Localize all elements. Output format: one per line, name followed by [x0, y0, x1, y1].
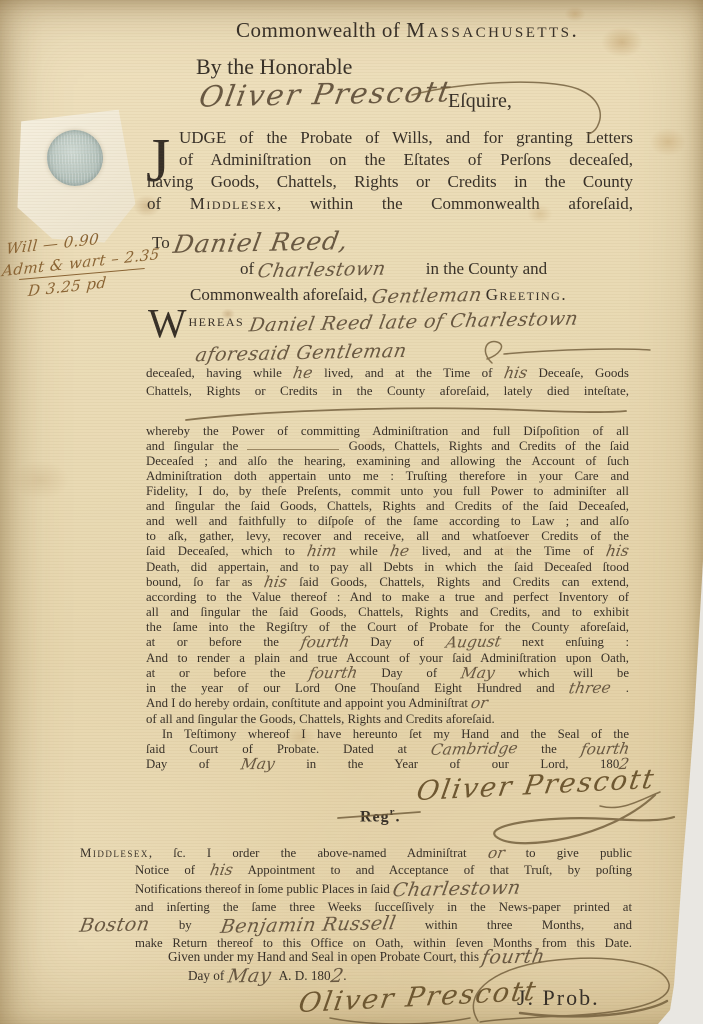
text-line: having Goods, Chattels, Rights or Credit…: [147, 171, 633, 193]
printed-text: of: [240, 259, 258, 278]
handwritten-text: he: [389, 544, 411, 560]
printed-text: all and ſingular the ſaid Goods, Chattel…: [146, 605, 629, 619]
printed-text: bound, ſo far as: [146, 575, 264, 589]
text-line: of Charlestownin the County and: [148, 256, 632, 282]
printed-text: ſaid Goods, Chattels, Rights and Credits…: [287, 575, 629, 589]
printed-text: whereby the Power of committing Adminiſt…: [146, 424, 629, 438]
printed-text: Death, did appertain, and to pay all Deb…: [146, 560, 629, 574]
handwritten-text: Benjamin Russell: [219, 914, 397, 937]
middlesex-order-paragraph: Middlesex, ſc. I order the above-named A…: [80, 845, 632, 952]
intestate-paragraph: deceaſed, having while he lived, and at …: [146, 364, 629, 400]
handwritten-text: fourth: [480, 947, 546, 967]
printed-smallcaps: Massachusetts.: [406, 18, 579, 42]
printed-text: the ſame into the Regiſtry of the Court …: [146, 620, 629, 634]
printed-text: , ſc. I order the above-named Adminiſtra…: [149, 846, 488, 860]
handwritten-text: August: [444, 635, 502, 652]
handwritten-text: his: [503, 366, 529, 382]
printed-text: of: [147, 194, 190, 213]
text-line: bound, ſo far as his ſaid Goods, Chattel…: [146, 575, 629, 590]
printed-text: Adminiſtration doth appertain unto me : …: [146, 469, 629, 483]
text-line: and ſingular the Goods, Chattels, Rights…: [146, 439, 629, 454]
text-line: And to render a plain and true Account o…: [146, 651, 629, 666]
text-line: of Adminiſtration on the Eſtates of Perſ…: [147, 149, 633, 171]
addressee-block: To Daniel Reed,of Charlestownin the Coun…: [148, 230, 632, 308]
document-title: Commonwealth of Massachusetts.: [236, 18, 579, 43]
printed-text: lived, and at the Time of: [409, 544, 606, 558]
printed-text: ſaid Deceaſed, which to: [146, 544, 307, 558]
dropcap-letter-j: J: [146, 130, 170, 192]
handwritten-text: Daniel Reed,: [171, 228, 350, 257]
printed-text: having Goods, Chattels, Rights or Credit…: [147, 172, 633, 191]
printed-text: To: [152, 233, 174, 252]
handwritten-text: him: [306, 544, 338, 560]
handwritten-text: his: [605, 544, 630, 560]
printed-text: Given under my Hand and Seal in open Pro…: [168, 949, 482, 964]
text-line: Notice of his Appointment to and Accepta…: [135, 862, 632, 879]
section-separator-rule: [186, 408, 626, 420]
printed-text: In Teſtimony whereof I have hereunto ſet…: [162, 727, 629, 741]
handwritten-text: May: [240, 757, 276, 773]
printed-text: at or before the: [146, 635, 301, 649]
text-line: in the year of our Lord One Thouſand Eig…: [146, 681, 629, 696]
printed-smallcaps: Greeting.: [486, 285, 567, 304]
printed-text: while: [337, 544, 391, 558]
handwritten-text: 2: [329, 967, 345, 986]
handwritten-text: Gentleman: [370, 286, 483, 307]
printed-text: Day of: [146, 757, 241, 771]
text-line: Given under my Hand and Seal in open Pro…: [168, 948, 638, 967]
printed-text: And I do hereby ordain, conſtitute and a…: [146, 696, 471, 710]
handwritten-text: his: [209, 863, 234, 879]
embossed-seal-icon: [46, 129, 105, 188]
handwritten-text: he: [292, 366, 314, 382]
text-line: to aſk, gather, levy, recover and receiv…: [146, 529, 629, 544]
printed-text: ſaid Court of Probate. Dated at: [146, 742, 431, 756]
printed-text: .: [611, 681, 629, 695]
handwritten-text: or: [486, 846, 505, 862]
printed-text: Day of: [188, 968, 228, 983]
text-line: Chattels, Rights or Credits in the Count…: [146, 382, 629, 400]
handwritten-text: fourth: [299, 635, 350, 651]
text-line: at or before the fourth Day of August ne…: [146, 635, 629, 650]
printed-text: Deceaſed ; and alſo the hearing, examini…: [146, 454, 629, 468]
handwritten-text: May: [226, 967, 272, 987]
text-line: Adminiſtration doth appertain unto me : …: [146, 469, 629, 484]
handwritten-text: or: [470, 696, 489, 712]
printed-text: the: [517, 742, 581, 756]
printed-text: in the year of our Lord One Thouſand Eig…: [146, 681, 569, 695]
printed-text: UDGE of the Probate of Wills, and for gr…: [179, 128, 633, 147]
printed-smallcaps: Middlesex: [80, 846, 149, 860]
printed-text: .: [395, 808, 400, 825]
text-line: Commonwealth aforeſaid, Gentleman Greeti…: [148, 282, 632, 308]
printed-text: Notifications thereof in ſome public Pla…: [135, 882, 393, 896]
printed-text: Chattels, Rights or Credits in the Count…: [146, 383, 629, 398]
text-line: Boston by Benjamin Russell within three …: [80, 916, 632, 935]
printed-smallcaps: Middlesex: [190, 194, 277, 213]
handwritten-text: Daniel Reed late of Charlestown: [248, 310, 580, 336]
printed-text: Commonwealth of: [236, 18, 406, 42]
printed-text: next enſuing :: [500, 635, 629, 649]
document-paper: Commonwealth of Massachusetts. By the Ho…: [0, 0, 703, 1024]
printed-text: And to render a plain and true Account o…: [146, 651, 629, 665]
printed-text: of all and ſingular the Goods, Chattels,…: [146, 712, 495, 726]
judge-name-handwritten: Oliver Prescott: [197, 77, 454, 111]
signature2-tail: [330, 1018, 470, 1024]
handwritten-text: aforesaid Gentleman: [194, 342, 408, 365]
printed-text: which will be: [494, 666, 629, 680]
text-line: Deceaſed ; and alſo the hearing, examini…: [146, 454, 629, 469]
printed-text: to give public: [504, 846, 632, 860]
handwritten-text: his: [263, 575, 288, 591]
printed-text: Reg: [360, 808, 390, 825]
text-line: of all and ſingular the Goods, Chattels,…: [146, 712, 629, 727]
printed-text: Day of: [358, 666, 461, 680]
text-line: In Teſtimony whereof I have hereunto ſet…: [146, 727, 629, 742]
text-line: ſaid Deceaſed, which to him while he liv…: [146, 544, 629, 559]
text-line: at or before the fourth Day of May which…: [146, 666, 629, 681]
seal-paper: [13, 109, 138, 247]
text-line: Whereas Daniel Reed late of Charlestown: [148, 306, 648, 338]
printed-text: deceaſed, having while: [146, 365, 293, 380]
blank-fill-line: [247, 441, 339, 450]
handwritten-text: three: [568, 681, 612, 697]
margin-note-text: D 3.25 pd: [27, 275, 107, 299]
text-line: and well and faithfully to diſpoſe of th…: [146, 514, 629, 529]
printed-text: Appointment to and Acceptance of that Tr…: [233, 863, 632, 877]
handwritten-text: Charlestown: [391, 878, 522, 900]
text-line: Fidelity, I do, by theſe Preſents, commi…: [146, 484, 629, 499]
administration-grant-paragraph: whereby the Power of committing Adminiſt…: [146, 424, 629, 773]
printed-text: , within the Commonwealth aforeſaid,: [277, 194, 633, 213]
text-line: To Daniel Reed,: [148, 230, 632, 256]
printed-text: within three Months, and: [395, 918, 632, 932]
printed-text: in the County and: [426, 259, 547, 278]
text-line: whereby the Power of committing Adminiſt…: [146, 424, 629, 439]
text-line: And I do hereby ordain, conſtitute and a…: [146, 696, 629, 711]
printed-text: to aſk, gather, levy, recover and receiv…: [146, 529, 629, 543]
whereas-block: Whereas Daniel Reed late of Charlestowna…: [148, 306, 648, 368]
printed-smallcaps: hereas: [189, 311, 250, 330]
printed-text: Notice of: [135, 863, 210, 877]
handwritten-text: May: [459, 665, 495, 681]
printed-text: Commonwealth aforeſaid,: [190, 285, 372, 304]
printed-text: at or before the: [146, 666, 309, 680]
printed-text: Day of: [349, 635, 446, 649]
judge-of-probate-label: J. Prob.: [517, 985, 600, 1011]
printed-text: A. D. 180: [279, 968, 331, 983]
text-line: all and ſingular the ſaid Goods, Chattel…: [146, 605, 629, 620]
text-line: of Middlesex, within the Commonwealth af…: [147, 193, 633, 215]
text-line: Death, did appertain, and to pay all Deb…: [146, 560, 629, 575]
judge-paragraph: J UDGE of the Probate of Wills, and for …: [147, 127, 633, 215]
handwritten-text: Boston: [78, 915, 151, 935]
text-line: and ſingular the ſaid Goods, Chattels, R…: [146, 499, 629, 514]
printed-text: Goods, Chattels, Rights and Credits of t…: [339, 439, 629, 453]
printed-text: of Adminiſtration on the Eſtates of Perſ…: [179, 150, 633, 169]
handwritten-text: fourth: [308, 665, 359, 681]
text-line: deceaſed, having while he lived, and at …: [146, 364, 629, 382]
text-line: Middlesex, ſc. I order the above-named A…: [80, 845, 632, 862]
signature1-swash: [494, 795, 674, 843]
printed-text: lived, and at the Time of: [313, 365, 504, 380]
text-line: Notifications thereof in ſome public Pla…: [135, 880, 632, 899]
text-line: ſaid Court of Probate. Dated at Cambridg…: [146, 742, 629, 757]
printed-text: and ſingular the ſaid Goods, Chattels, R…: [146, 499, 629, 513]
given-under-hand-block: Given under my Hand and Seal in open Pro…: [168, 948, 638, 986]
handwritten-text: Cambridge: [429, 741, 518, 758]
text-line: according to the Value thereof : And to …: [146, 590, 629, 605]
printed-text: and ſingular the: [146, 439, 247, 453]
printed-text: and well and faithfully to diſpoſe of th…: [146, 514, 629, 528]
printed-text: by: [149, 918, 221, 932]
esquire-label: Eſquire,: [448, 90, 512, 113]
text-line: UDGE of the Probate of Wills, and for gr…: [147, 127, 633, 149]
printed-text: Fidelity, I do, by theſe Preſents, commi…: [146, 484, 629, 498]
handwritten-text: Charlestown: [257, 260, 388, 282]
text-line: the ſame into the Regiſtry of the Court …: [146, 620, 629, 635]
registrar-label: Regr.: [360, 806, 400, 826]
printed-text: Deceaſe, Goods: [527, 365, 629, 380]
printed-text: according to the Value thereof : And to …: [146, 590, 629, 604]
